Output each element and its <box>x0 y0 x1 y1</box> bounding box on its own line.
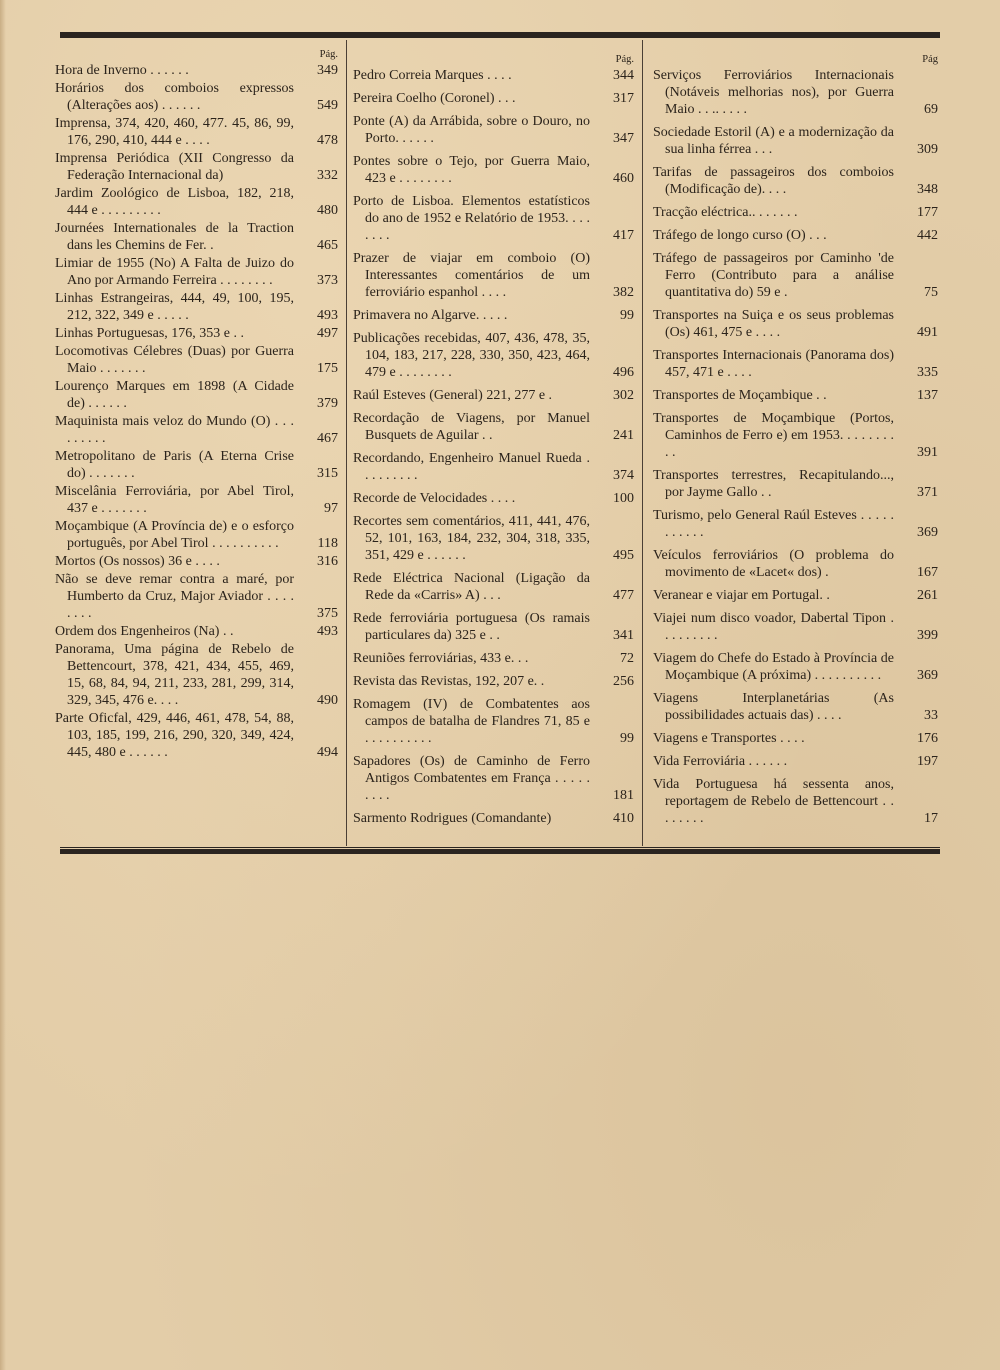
index-column-3: Pág Serviços Ferroviários Internacionais… <box>643 40 940 846</box>
entry-page-number: 176 <box>894 730 940 747</box>
entry-page-number: 69 <box>894 101 940 118</box>
entry-title: Viagens e Transportes . . . . <box>653 730 894 747</box>
entry-title: Tráfego de passageiros por Caminho 'de F… <box>653 250 894 301</box>
entry-page-number: 369 <box>894 667 940 684</box>
index-entry: Ponte (A) da Arrábida, sobre o Douro, no… <box>353 113 636 147</box>
entry-title: Pereira Coelho (Coronel) . . . <box>353 90 590 107</box>
entry-page-number: 382 <box>590 284 636 301</box>
entry-page-number: 241 <box>590 427 636 444</box>
entry-page-number: 316 <box>294 553 340 570</box>
index-entry: Imprensa Periódica (XII Congresso da Fed… <box>55 150 340 184</box>
index-entry: Veículos ferroviários (O problema do mov… <box>653 547 940 581</box>
entry-title: Locomotivas Célebres (Duas) por Guerra M… <box>55 343 294 377</box>
entry-page-number: 197 <box>894 753 940 770</box>
entry-page-number: 177 <box>894 204 940 221</box>
entry-page-number: 494 <box>294 744 340 761</box>
entry-page-number: 332 <box>294 167 340 184</box>
entry-title: Panorama, Uma página de Rebelo de Betten… <box>55 641 294 709</box>
entry-page-number: 349 <box>294 62 340 79</box>
entry-title: Rede ferroviária portuguesa (Os ramais p… <box>353 610 590 644</box>
index-entry: Reuniões ferroviárias, 433 e. . .72 <box>353 650 636 667</box>
top-rule <box>60 32 940 38</box>
entry-title: Pontes sobre o Tejo, por Guerra Maio, 42… <box>353 153 590 187</box>
index-entry: Locomotivas Célebres (Duas) por Guerra M… <box>55 343 340 377</box>
page-column-header: Pág. <box>353 53 636 67</box>
entry-page-number: 374 <box>590 467 636 484</box>
index-entry: Publicações recebidas, 407, 436, 478, 35… <box>353 330 636 381</box>
entry-title: Sarmento Rodrigues (Comandante) <box>353 810 590 827</box>
entry-title: Vida Ferroviária . . . . . . <box>653 753 894 770</box>
index-entry: Miscelânia Ferroviária, por Abel Tirol, … <box>55 483 340 517</box>
entry-title: Transportes Internacionais (Panorama dos… <box>653 347 894 381</box>
index-entry: Transportes Internacionais (Panorama dos… <box>653 347 940 381</box>
entry-title: Recordando, Engenheiro Manuel Rueda . . … <box>353 450 590 484</box>
index-entry: Journées Internationales de la Traction … <box>55 220 340 254</box>
entry-page-number: 379 <box>294 395 340 412</box>
entry-page-number: 467 <box>294 430 340 447</box>
index-entry: Não se deve remar contra a maré, por Hum… <box>55 571 340 622</box>
index-entry: Linhas Estrangeiras, 444, 49, 100, 195, … <box>55 290 340 324</box>
entry-page-number: 99 <box>590 307 636 324</box>
index-entry: Recordando, Engenheiro Manuel Rueda . . … <box>353 450 636 484</box>
index-entry: Imprensa, 374, 420, 460, 477. 45, 86, 99… <box>55 115 340 149</box>
index-entry: Metropolitano de Paris (A Eterna Crise d… <box>55 448 340 482</box>
index-entry: Limiar de 1955 (No) A Falta de Juizo do … <box>55 255 340 289</box>
entry-title: Sociedade Estoril (A) e a modernização d… <box>653 124 894 158</box>
entry-title: Linhas Portuguesas, 176, 353 e . . <box>55 325 294 342</box>
index-entry: Recordação de Viagens, por Manuel Busque… <box>353 410 636 444</box>
index-entry: Hora de Inverno . . . . . .349 <box>55 62 340 79</box>
entry-page-number: 490 <box>294 692 340 709</box>
entry-page-number: 417 <box>590 227 636 244</box>
entry-title: Miscelânia Ferroviária, por Abel Tirol, … <box>55 483 294 517</box>
index-entry: Transportes de Moçambique (Portos, Camin… <box>653 410 940 461</box>
index-entry: Rede Eléctrica Nacional (Ligação da Rede… <box>353 570 636 604</box>
entry-title: Hora de Inverno . . . . . . <box>55 62 294 79</box>
entry-page-number: 347 <box>590 130 636 147</box>
entry-page-number: 496 <box>590 364 636 381</box>
index-entry: Viagens Interplanetárias (As possibilida… <box>653 690 940 724</box>
entry-page-number: 302 <box>590 387 636 404</box>
index-entry: Moçambique (A Província de) e o esforço … <box>55 518 340 552</box>
entry-title: Linhas Estrangeiras, 444, 49, 100, 195, … <box>55 290 294 324</box>
entry-page-number: 410 <box>590 810 636 827</box>
index-entry: Tarifas de passageiros dos comboios (Mod… <box>653 164 940 198</box>
bottom-rule <box>60 847 940 854</box>
entry-page-number: 341 <box>590 627 636 644</box>
entry-page-number: 256 <box>590 673 636 690</box>
entry-title: Transportes de Moçambique . . <box>653 387 894 404</box>
index-entry: Mortos (Os nossos) 36 e . . . .316 <box>55 553 340 570</box>
index-entry: Revista das Revistas, 192, 207 e. .256 <box>353 673 636 690</box>
index-entry: Tracção eléctrica.. . . . . . .177 <box>653 204 940 221</box>
entry-title: Recordação de Viagens, por Manuel Busque… <box>353 410 590 444</box>
entry-page-number: 399 <box>894 627 940 644</box>
index-entry: Rede ferroviária portuguesa (Os ramais p… <box>353 610 636 644</box>
entry-list: Hora de Inverno . . . . . .349Horários d… <box>55 62 340 761</box>
entry-title: Metropolitano de Paris (A Eterna Crise d… <box>55 448 294 482</box>
entry-title: Imprensa, 374, 420, 460, 477. 45, 86, 99… <box>55 115 294 149</box>
index-entry: Viajei num disco voador, Dabertal Tipon … <box>653 610 940 644</box>
index-entry: Sarmento Rodrigues (Comandante)410 <box>353 810 636 827</box>
entry-title: Limiar de 1955 (No) A Falta de Juizo do … <box>55 255 294 289</box>
entry-title: Mortos (Os nossos) 36 e . . . . <box>55 553 294 570</box>
entry-page-number: 317 <box>590 90 636 107</box>
entry-title: Transportes terrestres, Recapitulando...… <box>653 467 894 501</box>
entry-page-number: 33 <box>894 707 940 724</box>
entry-title: Veículos ferroviários (O problema do mov… <box>653 547 894 581</box>
entry-title: Prazer de viajar em comboio (O) Interess… <box>353 250 590 301</box>
index-entry: Pontes sobre o Tejo, por Guerra Maio, 42… <box>353 153 636 187</box>
entry-page-number: 369 <box>894 524 940 541</box>
index-entry: Panorama, Uma página de Rebelo de Betten… <box>55 641 340 709</box>
entry-page-number: 118 <box>294 535 340 552</box>
entry-title: Viajei num disco voador, Dabertal Tipon … <box>653 610 894 644</box>
entry-page-number: 480 <box>294 202 340 219</box>
entry-title: Raúl Esteves (General) 221, 277 e . <box>353 387 590 404</box>
entry-page-number: 137 <box>894 387 940 404</box>
entry-title: Tracção eléctrica.. . . . . . . <box>653 204 894 221</box>
entry-title: Moçambique (A Província de) e o esforço … <box>55 518 294 552</box>
index-entry: Viagem do Chefe do Estado à Província de… <box>653 650 940 684</box>
entry-title: Turismo, pelo General Raúl Esteves . . .… <box>653 507 894 541</box>
entry-title: Serviços Ferroviários Internacionais (No… <box>653 67 894 118</box>
entry-title: Viagens Interplanetárias (As possibilida… <box>653 690 894 724</box>
index-entry: Lourenço Marques em 1898 (A Cidade de) .… <box>55 378 340 412</box>
entry-title: Lourenço Marques em 1898 (A Cidade de) .… <box>55 378 294 412</box>
entry-page-number: 371 <box>894 484 940 501</box>
entry-page-number: 261 <box>894 587 940 604</box>
entry-title: Romagem (IV) de Combatentes aos campos d… <box>353 696 590 747</box>
entry-title: Maquinista mais veloz do Mundo (O) . . .… <box>55 413 294 447</box>
entry-page-number: 335 <box>894 364 940 381</box>
page-column-header: Pág <box>653 53 940 67</box>
entry-title: Vida Portuguesa há sessenta anos, report… <box>653 776 894 827</box>
index-entry: Vida Portuguesa há sessenta anos, report… <box>653 776 940 827</box>
entry-title: Publicações recebidas, 407, 436, 478, 35… <box>353 330 590 381</box>
entry-title: Porto de Lisboa. Elementos estatísticos … <box>353 193 590 244</box>
entry-title: Parte Oficfal, 429, 446, 461, 478, 54, 8… <box>55 710 294 761</box>
entry-page-number: 99 <box>590 730 636 747</box>
page-edge <box>0 0 6 1370</box>
index-entry: Parte Oficfal, 429, 446, 461, 478, 54, 8… <box>55 710 340 761</box>
index-entry: Transportes na Suiça e os seus problemas… <box>653 307 940 341</box>
entry-title: Transportes de Moçambique (Portos, Camin… <box>653 410 894 461</box>
entry-page-number: 465 <box>294 237 340 254</box>
entry-title: Transportes na Suiça e os seus problemas… <box>653 307 894 341</box>
index-entry: Tráfego de passageiros por Caminho 'de F… <box>653 250 940 301</box>
entry-page-number: 72 <box>590 650 636 667</box>
entry-page-number: 375 <box>294 605 340 622</box>
index-entry: Jardim Zoológico de Lisboa, 182, 218, 44… <box>55 185 340 219</box>
entry-page-number: 17 <box>894 810 940 827</box>
entry-page-number: 442 <box>894 227 940 244</box>
entry-page-number: 549 <box>294 97 340 114</box>
index-entry: Serviços Ferroviários Internacionais (No… <box>653 67 940 118</box>
entry-title: Jardim Zoológico de Lisboa, 182, 218, 44… <box>55 185 294 219</box>
entry-page-number: 348 <box>894 181 940 198</box>
index-entry: Pereira Coelho (Coronel) . . .317 <box>353 90 636 107</box>
index-entry: Transportes terrestres, Recapitulando...… <box>653 467 940 501</box>
entry-title: Rede Eléctrica Nacional (Ligação da Rede… <box>353 570 590 604</box>
entry-title: Revista das Revistas, 192, 207 e. . <box>353 673 590 690</box>
entry-page-number: 344 <box>590 67 636 84</box>
entry-page-number: 100 <box>590 490 636 507</box>
entry-page-number: 493 <box>294 623 340 640</box>
entry-title: Pedro Correia Marques . . . . <box>353 67 590 84</box>
index-entry: Sociedade Estoril (A) e a modernização d… <box>653 124 940 158</box>
entry-page-number: 175 <box>294 360 340 377</box>
index-entry: Maquinista mais veloz do Mundo (O) . . .… <box>55 413 340 447</box>
entry-page-number: 181 <box>590 787 636 804</box>
entry-page-number: 497 <box>294 325 340 342</box>
index-column-1: Pág. Hora de Inverno . . . . . .349Horár… <box>55 40 347 846</box>
entry-title: Não se deve remar contra a maré, por Hum… <box>55 571 294 622</box>
entry-list: Pedro Correia Marques . . . .344Pereira … <box>353 67 636 827</box>
entry-page-number: 391 <box>894 444 940 461</box>
entry-page-number: 477 <box>590 587 636 604</box>
entry-title: Horários dos comboios expressos (Alteraç… <box>55 80 294 114</box>
index-column-2: Pág. Pedro Correia Marques . . . .344Per… <box>347 40 643 846</box>
index-entry: Sapadores (Os) de Caminho de Ferro Antig… <box>353 753 636 804</box>
entry-title: Recortes sem comentários, 411, 441, 476,… <box>353 513 590 564</box>
index-entry: Prazer de viajar em comboio (O) Interess… <box>353 250 636 301</box>
entry-title: Journées Internationales de la Traction … <box>55 220 294 254</box>
entry-page-number: 373 <box>294 272 340 289</box>
entry-title: Veranear e viajar em Portugal. . <box>653 587 894 604</box>
entry-title: Tarifas de passageiros dos comboios (Mod… <box>653 164 894 198</box>
entry-page-number: 460 <box>590 170 636 187</box>
index-entry: Transportes de Moçambique . .137 <box>653 387 940 404</box>
index-entry: Linhas Portuguesas, 176, 353 e . .497 <box>55 325 340 342</box>
index-entry: Porto de Lisboa. Elementos estatísticos … <box>353 193 636 244</box>
index-entry: Ordem dos Engenheiros (Na) . .493 <box>55 623 340 640</box>
index-entry: Romagem (IV) de Combatentes aos campos d… <box>353 696 636 747</box>
index-entry: Horários dos comboios expressos (Alteraç… <box>55 80 340 114</box>
entry-page-number: 495 <box>590 547 636 564</box>
entry-page-number: 97 <box>294 500 340 517</box>
index-entry: Veranear e viajar em Portugal. .261 <box>653 587 940 604</box>
index-entry: Pedro Correia Marques . . . .344 <box>353 67 636 84</box>
entry-page-number: 478 <box>294 132 340 149</box>
index-entry: Tráfego de longo curso (O) . . .442 <box>653 227 940 244</box>
entry-title: Primavera no Algarve. . . . . <box>353 307 590 324</box>
index-entry: Viagens e Transportes . . . .176 <box>653 730 940 747</box>
entry-title: Ordem dos Engenheiros (Na) . . <box>55 623 294 640</box>
entry-page-number: 309 <box>894 141 940 158</box>
index-entry: Raúl Esteves (General) 221, 277 e .302 <box>353 387 636 404</box>
index-entry: Turismo, pelo General Raúl Esteves . . .… <box>653 507 940 541</box>
entry-page-number: 315 <box>294 465 340 482</box>
index-entry: Primavera no Algarve. . . . .99 <box>353 307 636 324</box>
entry-page-number: 493 <box>294 307 340 324</box>
entry-page-number: 167 <box>894 564 940 581</box>
entry-title: Ponte (A) da Arrábida, sobre o Douro, no… <box>353 113 590 147</box>
page-column-header: Pág. <box>55 48 340 62</box>
entry-title: Recorde de Velocidades . . . . <box>353 490 590 507</box>
entry-title: Reuniões ferroviárias, 433 e. . . <box>353 650 590 667</box>
entry-list: Serviços Ferroviários Internacionais (No… <box>653 67 940 827</box>
entry-title: Viagem do Chefe do Estado à Província de… <box>653 650 894 684</box>
entry-title: Tráfego de longo curso (O) . . . <box>653 227 894 244</box>
index-entry: Recorde de Velocidades . . . .100 <box>353 490 636 507</box>
index-entry: Vida Ferroviária . . . . . .197 <box>653 753 940 770</box>
index-columns: Pág. Hora de Inverno . . . . . .349Horár… <box>55 40 940 846</box>
entry-page-number: 491 <box>894 324 940 341</box>
entry-page-number: 75 <box>894 284 940 301</box>
index-entry: Recortes sem comentários, 411, 441, 476,… <box>353 513 636 564</box>
entry-title: Sapadores (Os) de Caminho de Ferro Antig… <box>353 753 590 804</box>
entry-title: Imprensa Periódica (XII Congresso da Fed… <box>55 150 294 184</box>
